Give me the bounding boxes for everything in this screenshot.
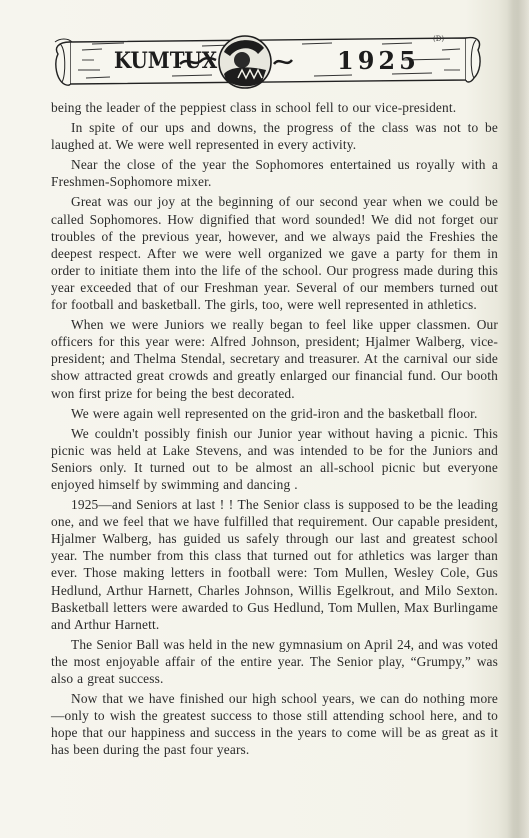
paragraph: In spite of our ups and downs, the progr… — [51, 119, 498, 153]
yearbook-title: KUMTUX — [114, 48, 217, 74]
paragraph: We were again well represented on the gr… — [51, 405, 498, 422]
paragraph: When we were Juniors we really began to … — [51, 316, 498, 401]
paragraph: being the leader of the peppiest class i… — [51, 99, 498, 116]
paragraph: We couldn't possibly finish our Junior y… — [51, 425, 498, 493]
header-banner: KUMTUX 1925 (D) — [52, 30, 484, 90]
yearbook-year: 1925 — [337, 46, 420, 75]
binding-shadow — [507, 0, 529, 838]
paragraph: Near the close of the year the Sophomore… — [51, 156, 498, 190]
article-body: being the leader of the peppiest class i… — [51, 99, 498, 761]
artist-mark: (D) — [433, 35, 444, 43]
paragraph: Now that we have finished our high schoo… — [51, 690, 498, 758]
paragraph: 1925—and Seniors at last ! ! The Senior … — [51, 496, 498, 633]
scanned-page: KUMTUX 1925 (D) being the leader of the … — [0, 0, 529, 838]
paragraph: Great was our joy at the beginning of ou… — [51, 193, 498, 313]
paragraph: The Senior Ball was held in the new gymn… — [51, 636, 498, 687]
